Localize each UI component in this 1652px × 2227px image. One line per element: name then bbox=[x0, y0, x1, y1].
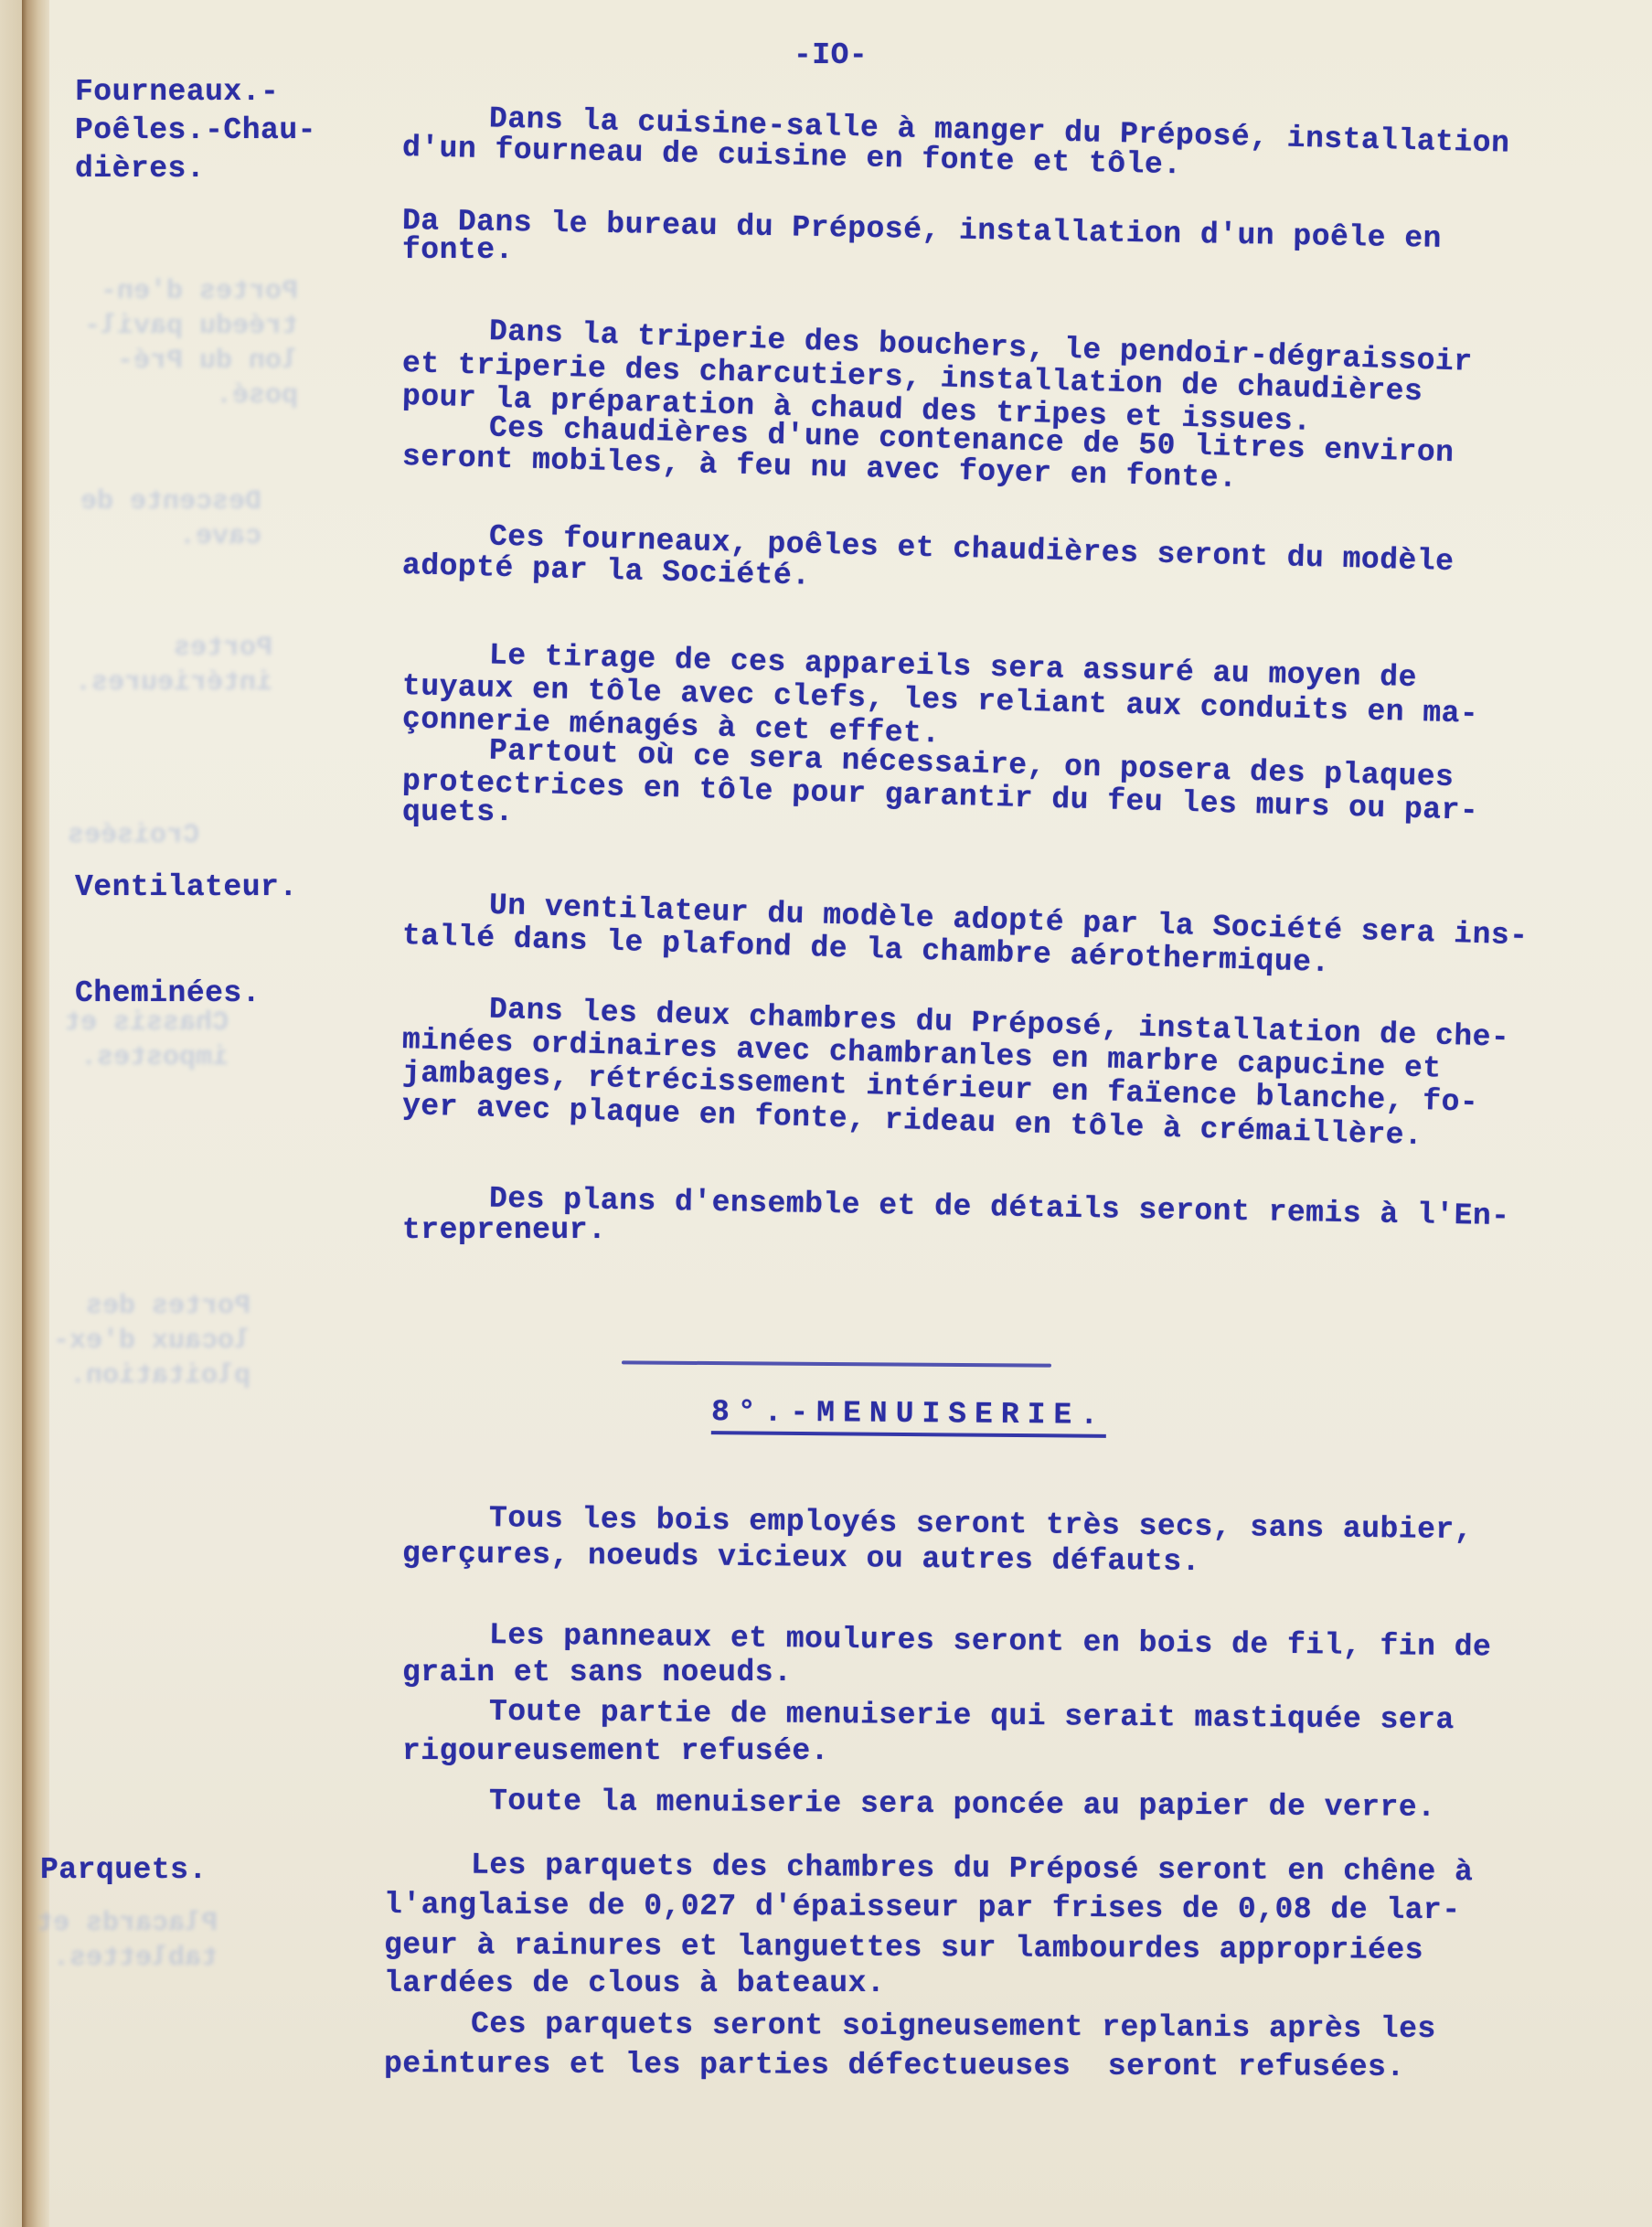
paragraph-ventilateur: Un ventilateur du modèle adopté par la S… bbox=[402, 885, 1600, 954]
text-line: Ces parquets seront soigneusement replan… bbox=[384, 2006, 1582, 2049]
margin-label-cheminees: Cheminées. bbox=[75, 975, 261, 1013]
paragraph-plans: Des plans d'ensemble et de détails seron… bbox=[402, 1179, 1600, 1249]
page-number: -IO- bbox=[794, 38, 868, 72]
paragraph-modele: Ces fourneaux, poêles et chaudières sero… bbox=[402, 517, 1600, 584]
previous-page-edge bbox=[0, 0, 22, 2227]
text-line: l'anglaise de 0,027 d'épaisseur par fris… bbox=[384, 1887, 1582, 1930]
paragraph-poncee: Toute la menuiserie sera poncée au papie… bbox=[402, 1783, 1600, 1819]
paragraph-triperie: Dans la triperie des bouchers, le pendoi… bbox=[402, 311, 1600, 475]
section-heading: 8°.-MENUISERIE. bbox=[711, 1395, 1106, 1438]
text-line: Les parquets des chambres du Préposé ser… bbox=[384, 1847, 1582, 1891]
text-line: rigoureusement refusée. bbox=[402, 1733, 1600, 1770]
text-line: peintures et les parties défectueuses se… bbox=[384, 2046, 1582, 2087]
margin-label-ventilateur: Ventilateur. bbox=[75, 868, 298, 907]
paragraph-bois: Tous les bois employés seront très secs,… bbox=[402, 1499, 1600, 1572]
paragraph-cuisine: Dans la cuisine-salle à manger du Prépos… bbox=[402, 99, 1600, 166]
paragraph-parquets: Les parquets des chambres du Préposé ser… bbox=[384, 1847, 1582, 2083]
paragraph-bureau: Da Dans le bureau du Préposé, installati… bbox=[402, 203, 1600, 269]
text-line: lardées de clous à bateaux. bbox=[384, 1966, 1582, 2002]
margin-label-fourneaux: Fourneaux.- Poêles.-Chau- dières. bbox=[75, 73, 316, 188]
text-line: geur à rainures et languettes sur lambou… bbox=[384, 1927, 1582, 1970]
paragraph-cheminees: Dans les deux chambres du Préposé, insta… bbox=[402, 989, 1600, 1124]
paragraph-panneaux: Les panneaux et moulures seront en bois … bbox=[402, 1616, 1600, 1770]
book-gutter bbox=[22, 0, 49, 2227]
paragraph-tirage: Le tirage de ces appareils sera assuré a… bbox=[402, 635, 1600, 831]
margin-label-parquets: Parquets. bbox=[40, 1851, 208, 1890]
